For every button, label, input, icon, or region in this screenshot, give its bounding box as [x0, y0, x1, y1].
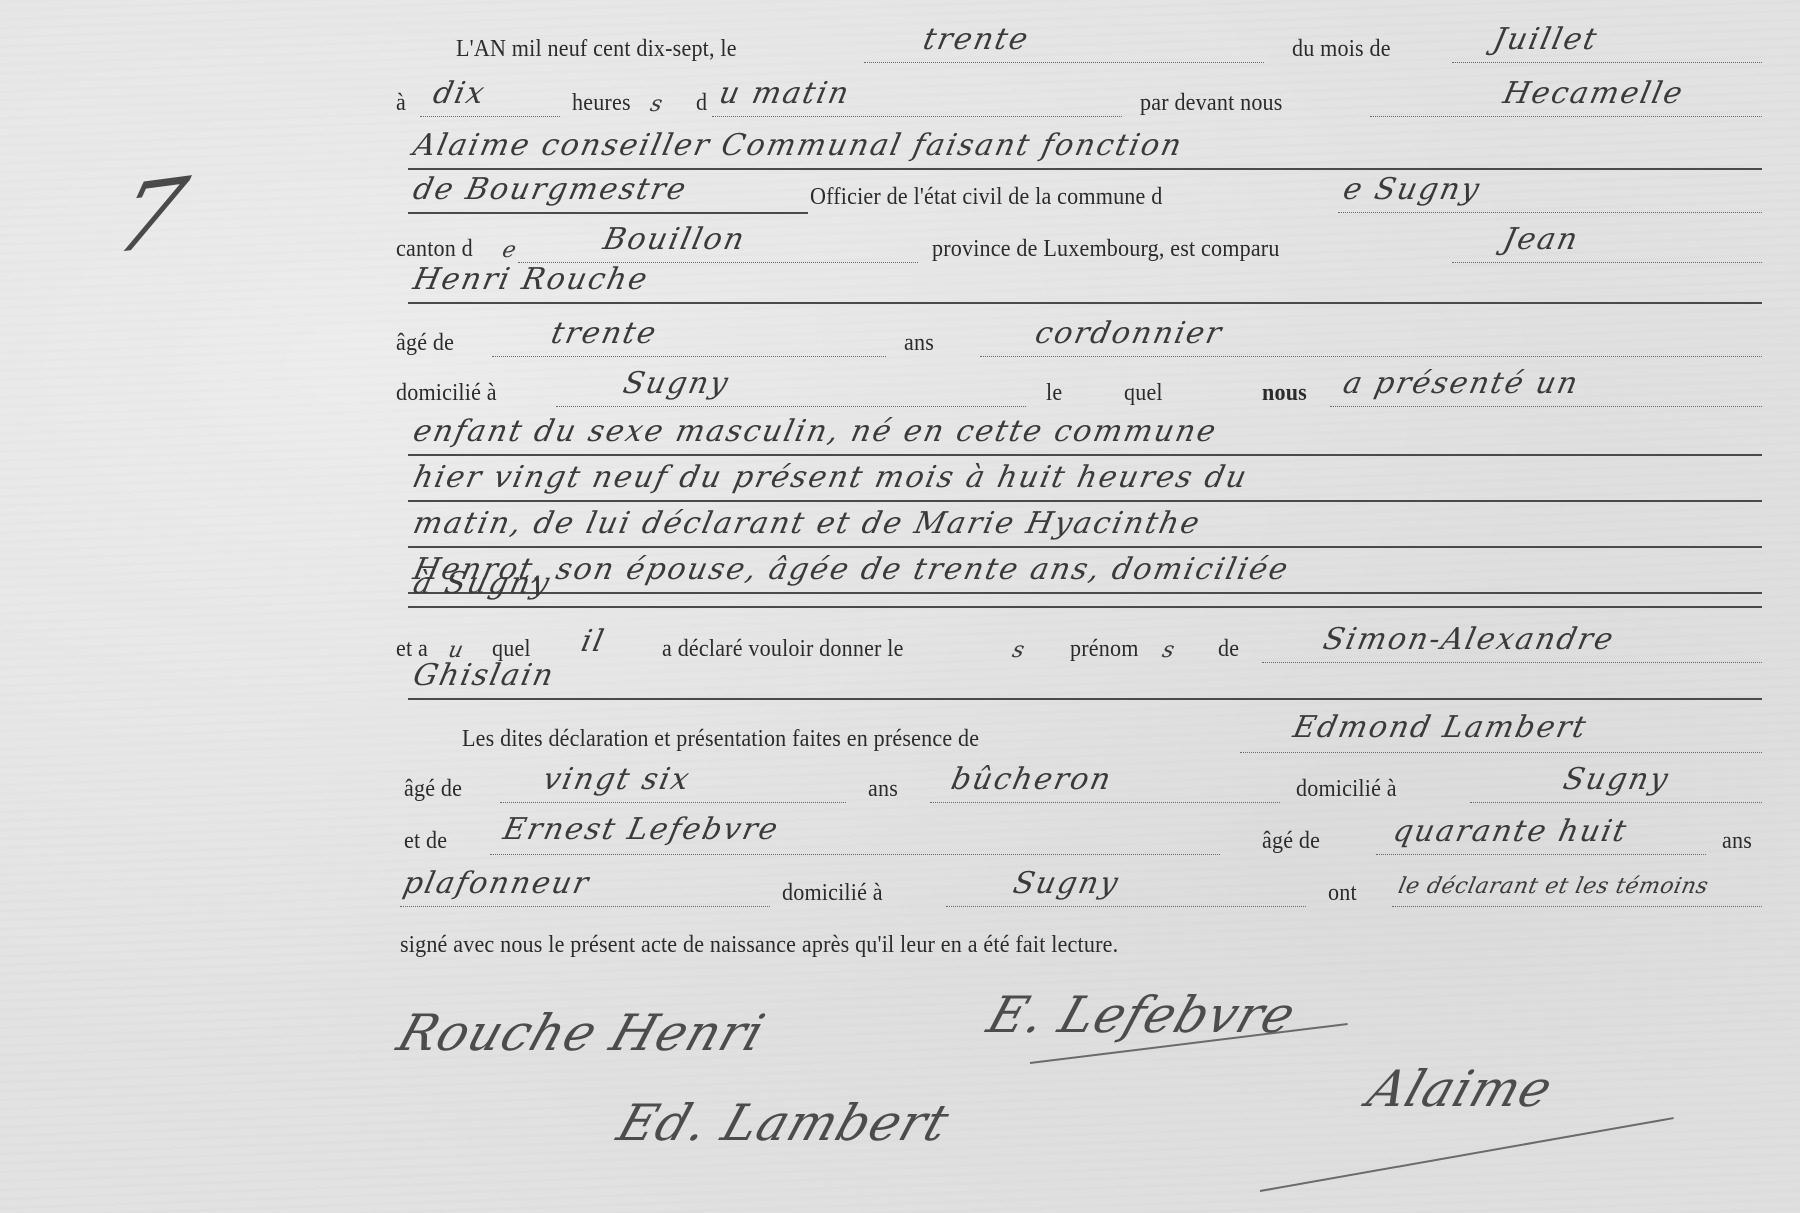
- rule: [500, 802, 846, 803]
- rule: [1330, 406, 1762, 407]
- handwritten-witness1-domicile: Sugny: [1560, 762, 1673, 797]
- printed-nous: nous: [1262, 380, 1307, 407]
- handwritten-declarant-occupation: cordonnier: [1032, 316, 1226, 351]
- printed-ans: ans: [904, 330, 934, 357]
- rule: [1370, 116, 1762, 117]
- rule: [408, 168, 1762, 170]
- printed-age-label: âgé de: [404, 776, 462, 803]
- rule: [1338, 212, 1762, 213]
- rule: [1262, 662, 1762, 663]
- handwritten-month: Juillet: [1490, 22, 1601, 57]
- printed-et-de: et de: [404, 828, 447, 855]
- rule: [408, 302, 1762, 304]
- handwritten-witness2-occupation: plafonneur: [400, 866, 593, 901]
- handwritten-body-line-3: matin, de lui déclarant et de Marie Hyac…: [410, 506, 1204, 541]
- rule: [1376, 854, 1706, 855]
- rule: [864, 62, 1264, 63]
- handwritten-period: u matin: [716, 76, 854, 111]
- rule: [408, 500, 1762, 502]
- signature-declarant: Rouche Henri: [391, 1004, 773, 1062]
- rule: [408, 592, 1762, 594]
- printed-par-devant-nous: par devant nous: [1140, 90, 1283, 117]
- printed-heures: heures: [572, 90, 631, 117]
- printed-ont: ont: [1328, 880, 1357, 907]
- rule: [1392, 906, 1762, 907]
- rule: [490, 854, 1220, 855]
- handwritten-child-third-name: Ghislain: [410, 658, 558, 693]
- handwritten-declarant-name: Henri Rouche: [410, 262, 652, 297]
- printed-le: le: [1046, 380, 1062, 407]
- printed-ans: ans: [868, 776, 898, 803]
- rule: [1452, 62, 1762, 63]
- rule: [946, 906, 1306, 907]
- rule: [1240, 752, 1762, 753]
- printed-prenom: prénom: [1070, 636, 1139, 663]
- printed-a: à: [396, 90, 406, 117]
- handwritten-declarant-age: trente: [548, 316, 661, 351]
- handwritten-suffix: s: [1160, 638, 1177, 663]
- handwritten-child-first-names: Simon-Alexandre: [1320, 622, 1618, 657]
- printed-canton: canton d: [396, 236, 473, 263]
- handwritten-witness2-age: quarante huit: [1390, 814, 1631, 849]
- handwritten-suffix: s: [648, 92, 665, 117]
- printed-domicile: domicilié à: [782, 880, 883, 907]
- printed-province: province de Luxembourg, est comparu: [932, 236, 1280, 263]
- printed-witness-intro: Les dites déclaration et présentation fa…: [462, 726, 979, 753]
- handwritten-signers: le déclarant et les témoins: [1396, 874, 1711, 899]
- handwritten-witness1-age: vingt six: [540, 762, 694, 797]
- rule: [492, 356, 886, 357]
- handwritten-domicile: Sugny: [620, 366, 733, 401]
- printed-month-label: du mois de: [1292, 36, 1391, 63]
- printed-age-label: âgé de: [396, 330, 454, 357]
- printed-domicile: domicilié à: [396, 380, 497, 407]
- handwritten-commune: e Sugny: [1340, 172, 1484, 207]
- rule: [420, 116, 560, 117]
- printed-donner: a déclaré vouloir donner le: [662, 636, 904, 663]
- handwritten-hour: dix: [430, 76, 489, 111]
- handwritten-declarant-first: Jean: [1500, 222, 1582, 257]
- rule: [400, 906, 770, 907]
- printed-domicile: domicilié à: [1296, 776, 1397, 803]
- rule: [1470, 802, 1762, 803]
- rule: [408, 698, 1762, 700]
- rule: [408, 546, 1762, 548]
- printed-ans: ans: [1722, 828, 1752, 855]
- handwritten-il: il: [578, 624, 609, 659]
- rule: [408, 606, 1762, 608]
- handwritten-body-line-1: enfant du sexe masculin, né en cette com…: [410, 414, 1221, 449]
- handwritten-suffix: s: [1010, 638, 1027, 663]
- handwritten-presented: a présenté un: [1340, 366, 1583, 401]
- handwritten-body-line-2: hier vingt neuf du présent mois à huit h…: [410, 460, 1251, 495]
- handwritten-canton: Bouillon: [600, 222, 749, 257]
- handwritten-witness1-name: Edmond Lambert: [1290, 710, 1591, 745]
- printed-officer-label: Officier de l'état civil de la commune d: [810, 184, 1162, 211]
- handwritten-suffix: e: [500, 238, 519, 263]
- rule: [556, 406, 1026, 407]
- rule: [930, 802, 1280, 803]
- handwritten-witness1-occupation: bûcheron: [948, 762, 1116, 797]
- signature-officer: Alaime: [1361, 1060, 1561, 1118]
- handwritten-officer-name: Hecamelle: [1500, 76, 1687, 111]
- handwritten-day: trente: [920, 22, 1033, 57]
- handwritten-witness2-domicile: Sugny: [1010, 866, 1123, 901]
- printed-age-label: âgé de: [1262, 828, 1320, 855]
- handwritten-witness2-name: Ernest Lefebvre: [500, 812, 783, 847]
- printed-d: d: [696, 90, 707, 117]
- birth-certificate-page: 7 L'AN mil neuf cent dix-sept, le trente…: [0, 0, 1800, 1213]
- signature-witness1: Ed. Lambert: [611, 1094, 957, 1152]
- rule: [1452, 262, 1762, 263]
- rule: [980, 356, 1762, 357]
- printed-closing-statement: signé avec nous le présent acte de naiss…: [400, 932, 1118, 959]
- signature-underline: [1260, 1117, 1674, 1192]
- handwritten-body-line-5: à Sugny: [410, 566, 554, 601]
- printed-quel: quel: [1124, 380, 1163, 407]
- handwritten-officer-role: Alaime conseiller Communal faisant fonct…: [410, 128, 1186, 163]
- printed-year-phrase: L'AN mil neuf cent dix-sept, le: [456, 36, 737, 63]
- handwritten-officer-title: de Bourgmestre: [410, 172, 691, 207]
- rule: [712, 116, 1122, 117]
- printed-de: de: [1218, 636, 1239, 663]
- rule: [408, 212, 808, 214]
- rule: [408, 454, 1762, 456]
- margin-entry-number: 7: [104, 156, 197, 275]
